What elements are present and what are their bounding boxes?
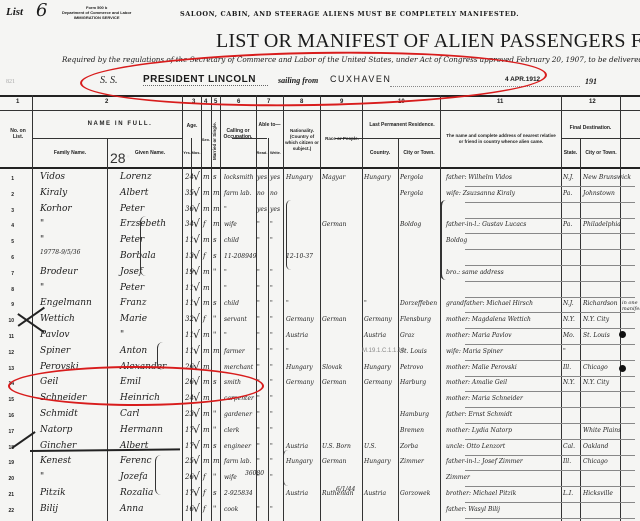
table-row: 9EngelmannFranz11mschild""""Dorzeffebeng…	[0, 296, 640, 313]
cell-nationality: Hungary	[286, 458, 313, 465]
cell-nationality: "	[286, 348, 289, 355]
cell-read: "	[257, 395, 260, 402]
cell-no: 17	[4, 429, 14, 435]
cell-write: "	[270, 411, 273, 418]
cell-race: German	[322, 316, 346, 323]
cell-write: no	[270, 190, 277, 197]
cell-state: Pa.	[563, 221, 572, 228]
cell-read: "	[257, 348, 260, 355]
check-mark-icon: √	[193, 170, 200, 183]
cell-dest-city: New Brunswick	[583, 174, 631, 181]
cell-no: 1	[4, 176, 14, 182]
check-mark-icon: √	[193, 407, 200, 420]
cell-family: Korhor	[40, 204, 72, 214]
cell-calling: child	[224, 237, 239, 244]
cell-ms: m	[213, 220, 220, 228]
cell-write: "	[270, 458, 273, 465]
table-row: 5"Peter11mschild""Boldog√	[0, 233, 640, 250]
cell-no: 12	[4, 350, 14, 356]
cell-city: Gorzowek	[400, 490, 430, 497]
cell-family: Spiner	[40, 346, 70, 356]
cell-nationality: Austria	[286, 490, 308, 497]
cell-read: "	[257, 411, 260, 418]
cell-calling: gardener	[224, 411, 252, 418]
ship-name: PRESIDENT LINCOLN	[143, 74, 268, 86]
required-text: Required by the regulations of the Secre…	[62, 55, 640, 64]
table-row: 18GincherAlbert17msengineer""AustriaU.S.…	[0, 439, 640, 456]
check-mark-icon: √	[193, 344, 200, 357]
check-mark-icon: √	[193, 470, 200, 483]
margin-note: 6/1/44	[336, 486, 355, 493]
cell-no: 16	[4, 413, 14, 419]
cell-calling: farm lab.	[224, 190, 252, 197]
cell-family: Bilij	[40, 504, 58, 514]
table-row: 19KenestFerenc25mmfarm lab.""HungaryGerm…	[0, 454, 640, 471]
cell-ms: "	[213, 410, 216, 418]
colnum-4: 4	[204, 99, 207, 105]
cell-read: yes	[257, 206, 267, 213]
colnum-12: 12	[589, 99, 596, 105]
side-note: in one manifest	[622, 300, 640, 312]
page-title: LIST OR MANIFEST OF ALIEN PASSENGERS FOR…	[216, 30, 640, 53]
header-city-town: City or Town.	[399, 150, 439, 156]
colnum-2: 2	[105, 99, 108, 105]
cell-family: Geil	[40, 377, 58, 387]
table-row: 17NatorpHermann17m"clerk""Bremenmother: …	[0, 423, 640, 440]
cell-family: Perovski	[40, 362, 79, 372]
cell-relative: father: Ernst Schmidt	[446, 411, 512, 418]
cell-ms: s	[213, 489, 217, 497]
cell-sex: m	[203, 331, 210, 339]
cell-family: Vidos	[40, 172, 65, 182]
cell-family: Engelmann	[40, 298, 92, 308]
cell-calling: 2-925834	[224, 490, 253, 497]
cell-race: German	[322, 379, 346, 386]
header-read: Read.	[256, 150, 268, 156]
check-mark-icon: √	[193, 328, 200, 341]
check-mark-icon: √	[193, 202, 200, 215]
check-mark-icon: √	[193, 486, 200, 499]
margin-note: 36080	[245, 470, 264, 477]
cell-dest-city: St. Louis	[583, 332, 610, 339]
cell-given: Anna	[120, 504, 143, 514]
cell-sex: m	[203, 457, 210, 465]
cell-city: Boldog	[400, 221, 421, 228]
cell-no: 9	[4, 302, 14, 308]
table-row: 1VidosLorenz24mslocksmithyesyesHungaryMa…	[0, 170, 640, 187]
cell-ms: "	[213, 331, 216, 339]
cell-calling: wife	[224, 221, 237, 228]
check-mark-icon: √	[193, 454, 200, 467]
header-sex: Sex.	[201, 137, 211, 143]
cell-write: "	[270, 332, 273, 339]
cell-ms: s	[213, 299, 217, 307]
cell-no: 10	[4, 318, 14, 324]
cell-relative: grandfather: Michael Hirsch	[446, 300, 533, 307]
cell-state: Cal.	[563, 443, 575, 450]
check-mark-icon: √	[193, 502, 200, 515]
cell-state: N.Y.	[563, 379, 575, 386]
cell-relative: mother: Lydia Natorp	[446, 427, 512, 434]
cell-nationality: Hungary	[286, 174, 313, 181]
cell-country: Austria	[364, 332, 386, 339]
table-row: 20"Jozefa26f"wife""Zimmer√36080	[0, 470, 640, 487]
cell-no: 3	[4, 208, 14, 214]
cell-read: "	[257, 285, 260, 292]
table-row: 2KiralyAlbert35mmfarm lab.nonoPergolawif…	[0, 186, 640, 203]
cell-family: "	[40, 283, 44, 293]
cell-read: "	[257, 316, 260, 323]
cell-read: "	[257, 221, 260, 228]
header-state: State.	[561, 150, 580, 156]
colnum-10: 10	[398, 99, 405, 105]
cell-city: Zorba	[400, 443, 418, 450]
colnum-9: 9	[340, 99, 343, 105]
cell-sex: m	[203, 363, 210, 371]
cell-dest-city: Hicksville	[583, 490, 613, 497]
cell-write: "	[270, 237, 273, 244]
cell-no: 14	[4, 381, 14, 387]
cell-city: Dorzeffeben	[400, 300, 437, 307]
cell-sex: m	[203, 426, 210, 434]
family-brace	[283, 450, 288, 486]
margin-dot	[619, 331, 626, 338]
cell-sex: m	[203, 189, 210, 197]
cell-relative: father: Wasyl Bilij	[446, 506, 500, 513]
cell-no: 5	[4, 239, 14, 245]
cell-city: Pergola	[400, 174, 423, 181]
table-row: 4"Erzsebeth34fmwife""GermanBoldogfather-…	[0, 217, 640, 234]
cell-write: "	[270, 364, 273, 371]
cell-family: Natorp	[40, 425, 72, 435]
cell-state: Ill.	[563, 458, 571, 465]
cell-sex: f	[203, 505, 206, 513]
cell-read: "	[257, 364, 260, 371]
cell-write: "	[270, 285, 273, 292]
cell-read: "	[257, 506, 260, 513]
cell-city: Flensburg	[400, 316, 431, 323]
cell-calling: wife	[224, 474, 237, 481]
cell-calling: child	[224, 300, 239, 307]
cell-dest-city: Chicago	[583, 458, 608, 465]
cell-family: "	[40, 472, 44, 482]
header-family-name: Family Name.	[45, 150, 95, 156]
header-given-name: Given Name.	[125, 150, 175, 156]
cell-write: "	[270, 348, 273, 355]
check-mark-icon: √	[193, 186, 200, 199]
cell-relative: mother: Maria Pavlov	[446, 332, 512, 339]
cell-given: "	[120, 330, 124, 340]
cell-ms: s	[213, 378, 217, 386]
cell-city: Pergola	[400, 190, 423, 197]
check-mark-icon: √	[193, 360, 200, 373]
header-mos: Mos.	[191, 150, 201, 156]
cell-given: Heinrich	[120, 393, 160, 403]
cell-given: Anton	[120, 346, 147, 356]
cell-relative: mother: Maria Schneider	[446, 395, 523, 402]
cell-country: Austria	[364, 490, 386, 497]
cell-sex: f	[203, 315, 206, 323]
list-label: List	[6, 6, 23, 18]
ink-stamp: M.19.1.C.1.1.18	[362, 348, 405, 354]
cell-ms: "	[213, 268, 216, 276]
cell-country: "	[364, 300, 367, 307]
family-brace	[140, 216, 147, 276]
cell-ms: "	[213, 315, 216, 323]
manifest-banner: SALOON, CABIN, AND STEERAGE ALIENS MUST …	[180, 10, 519, 18]
cell-race: U.S. Born	[322, 443, 351, 450]
cell-no: 13	[4, 366, 14, 372]
check-mark-icon: √	[193, 312, 200, 325]
cell-sex: f	[203, 220, 206, 228]
cell-sex: f	[203, 489, 206, 497]
cell-nationality: Austria	[286, 332, 308, 339]
cell-write: "	[270, 395, 273, 402]
table-row: 14GeilEmil26mssmith""GermanyGermanGerman…	[0, 375, 640, 392]
cell-read: "	[257, 237, 260, 244]
check-mark-icon: √	[193, 249, 200, 262]
table-row: 21PitzikRozalia17fs2-925834AustriaRuthen…	[0, 486, 640, 503]
cell-no: 2	[4, 192, 14, 198]
cell-write: "	[270, 221, 273, 228]
cell-sex: m	[203, 410, 210, 418]
cell-read: yes	[257, 174, 267, 181]
cell-read: "	[257, 379, 260, 386]
cell-calling: smith	[224, 379, 241, 386]
departure-port: CUXHAVEN	[330, 74, 391, 84]
cell-calling: clerk	[224, 427, 239, 434]
table-row: 3KorhorPeter36mm"yesyes√	[0, 202, 640, 219]
header-race: Race or People.	[322, 136, 362, 142]
cell-ms: m	[213, 457, 220, 465]
cell-state: Pa.	[563, 190, 572, 197]
cell-race: German	[322, 458, 346, 465]
header-able-to: Able to—	[256, 122, 283, 128]
colnum-3: 3	[192, 99, 195, 105]
header-age: Age.	[183, 123, 201, 129]
cell-relative: father-in-l.: Josef Zimmer	[446, 458, 523, 465]
cell-nationality: Germany	[286, 379, 314, 386]
cell-no: 20	[4, 476, 14, 482]
table-row: 22BilijAnna16f"cook""father: Wasyl Bilij…	[0, 502, 640, 519]
cell-race: Slovak	[322, 364, 342, 371]
cell-state: L.I.	[563, 490, 573, 497]
header-last-residence: Last Permanent Residence.	[366, 122, 438, 128]
check-mark-icon: √	[193, 375, 200, 388]
cell-race: Magyar	[322, 174, 345, 181]
header-nationality: Nationality. (Country of which citizen o…	[284, 128, 320, 152]
cell-relative: uncle: Otto Lenzort	[446, 443, 505, 450]
colnum-7: 7	[267, 99, 270, 105]
cell-calling: "	[224, 269, 227, 276]
cell-write: "	[270, 269, 273, 276]
cell-write: "	[270, 443, 273, 450]
pencil-note-28: 28	[110, 150, 126, 166]
cell-dest-city: White Plains	[583, 427, 621, 434]
cell-calling: merchant	[224, 364, 253, 371]
cell-calling: "	[224, 332, 227, 339]
colnum-6: 6	[237, 99, 240, 105]
cell-family: Kiraly	[40, 188, 67, 198]
cell-given: Josef	[120, 267, 142, 277]
cell-sex: m	[203, 236, 210, 244]
cell-no: 4	[4, 223, 14, 229]
cell-given: Rozalia	[120, 488, 153, 498]
cell-dest-city: Chicago	[583, 364, 608, 371]
table-row: 13PerovskiAlexander26mmerchant""HungaryS…	[0, 360, 640, 377]
cell-sex: m	[203, 173, 210, 181]
cell-write: "	[270, 300, 273, 307]
cell-ms: s	[213, 236, 217, 244]
cell-write: "	[270, 427, 273, 434]
cell-calling: engineer	[224, 443, 251, 450]
cell-dest-city: Johnstown	[583, 190, 615, 197]
cell-country: Hungary	[364, 364, 391, 371]
cell-sex: f	[203, 473, 206, 481]
header-name-in-full: NAME IN FULL.	[60, 121, 180, 127]
cell-given: Hermann	[120, 425, 163, 435]
date-stamp: 4 APR.1912	[505, 76, 540, 83]
cell-calling: carpenter	[224, 395, 254, 402]
family-brace	[286, 200, 291, 270]
check-mark-icon: √	[193, 391, 200, 404]
cell-sex: m	[203, 394, 210, 402]
cell-write: yes	[270, 174, 280, 181]
header-married-single: Married or Single.	[212, 118, 220, 164]
colnum-11: 11	[497, 99, 503, 105]
cell-country: Hungary	[364, 174, 391, 181]
dest-sub-rule	[561, 138, 640, 139]
cell-family: Wettich	[40, 314, 75, 324]
cell-country: Germany	[364, 379, 392, 386]
table-row: 15SchneiderHeinrich24mcarpenter""mother:…	[0, 391, 640, 408]
cell-given: Carl	[120, 409, 139, 419]
cell-read: no	[257, 190, 264, 197]
cell-city: Bremen	[400, 427, 424, 434]
cell-read: "	[257, 443, 260, 450]
cell-given: Peter	[120, 204, 144, 214]
cell-relative: Zimmer	[446, 474, 470, 481]
cell-given: Emil	[120, 377, 141, 387]
cell-given: Peter	[120, 283, 144, 293]
cell-country: Hungary	[364, 458, 391, 465]
cell-race: German	[322, 221, 346, 228]
cell-no: 21	[4, 492, 14, 498]
check-mark-icon: √	[193, 439, 200, 452]
cell-read: "	[257, 300, 260, 307]
cell-calling: 11-208949	[224, 253, 257, 260]
cell-read: "	[257, 458, 260, 465]
cell-dest-city: Philadelphia	[583, 221, 621, 228]
cell-nationality: Hungary	[286, 364, 313, 371]
check-mark-icon: √	[193, 217, 200, 230]
margin-note: 19778-9/5/36	[40, 249, 80, 256]
cell-sex: m	[203, 442, 210, 450]
cell-relative: father-in-l.: Gustav Lucacs	[446, 221, 526, 228]
header-calling: Calling or Occupation.	[222, 128, 254, 140]
cell-write: "	[270, 474, 273, 481]
cell-relative: wife: Maria Spiner	[446, 348, 503, 355]
check-mark-icon: √	[193, 423, 200, 436]
cell-write: "	[270, 379, 273, 386]
ss-label: S. S.	[100, 75, 118, 86]
cell-nationality: "	[286, 300, 289, 307]
cell-given: Marie	[120, 314, 147, 324]
table-row: 7BrodeurJosef19m""""bro.: same address√	[0, 265, 640, 282]
cell-state: Mo.	[563, 332, 575, 339]
cell-dest-city: N.Y. City	[583, 316, 609, 323]
cell-sex: m	[203, 299, 210, 307]
cell-relative: bro.: same address	[446, 269, 504, 276]
cell-state: "	[563, 348, 566, 355]
cell-no: 22	[4, 508, 14, 514]
table-row: 12SpinerAnton11mmfarmer"""St. Louiswife:…	[0, 344, 640, 361]
cell-no: 11	[4, 334, 14, 340]
cell-ms: m	[213, 205, 220, 213]
cell-relative: mother: Malie Perovski	[446, 364, 517, 371]
cell-city: Hamburg	[400, 411, 429, 418]
cell-nationality: Austria	[286, 443, 308, 450]
cell-given: Franz	[120, 298, 146, 308]
check-mark-icon: √	[193, 265, 200, 278]
cell-ms: m	[213, 189, 220, 197]
cell-sex: m	[203, 347, 210, 355]
cell-ms: s	[213, 442, 217, 450]
cell-state: N.Y.	[563, 316, 575, 323]
cell-ms: "	[213, 473, 216, 481]
header-write: Write.	[268, 150, 283, 156]
cell-read: "	[257, 332, 260, 339]
cell-given: Jozefa	[120, 472, 148, 482]
cell-calling: farm lab.	[224, 458, 252, 465]
table-row: 8"Peter11m"""√	[0, 281, 640, 298]
cell-relative: Boldog	[446, 237, 467, 244]
header-final-destination: Final Destination.	[563, 125, 618, 131]
cell-write: "	[270, 506, 273, 513]
cell-calling: cook	[224, 506, 238, 513]
cell-country: Germany	[364, 316, 392, 323]
colnum-5: 5	[214, 99, 217, 105]
cell-sex: m	[203, 205, 210, 213]
cell-calling: "	[224, 285, 227, 292]
cell-sex: m	[203, 284, 210, 292]
check-mark-icon: √	[193, 233, 200, 246]
cell-dest-city: Oakland	[583, 443, 608, 450]
cell-relative: brother: Michael Pitzik	[446, 490, 516, 497]
cell-read: "	[257, 427, 260, 434]
cell-no: 15	[4, 397, 14, 403]
form-service-text: IMMIGRATION SERVICE	[62, 15, 131, 20]
header-list-no: No. on List.	[8, 128, 28, 140]
header-relative: The name and complete address of nearest…	[446, 133, 556, 145]
cell-dest-city: Richardson	[583, 300, 618, 307]
cell-city: Graz	[400, 332, 414, 339]
cell-write: yes	[270, 206, 280, 213]
cell-calling: locksmith	[224, 174, 254, 181]
cell-given: Borbala	[120, 251, 156, 261]
check-mark-icon: √	[193, 296, 200, 309]
cell-family: "	[40, 235, 44, 245]
table-row: 6Borbala13fs11-20894912-10-37√19778-9/5/…	[0, 249, 640, 266]
cell-family: "	[40, 219, 44, 229]
cell-relative: father: Wilhelm Vidos	[446, 174, 512, 181]
colnum-8: 8	[300, 99, 303, 105]
table-row: 11Pavlov"11m""""AustriaAustriaGrazmother…	[0, 328, 640, 345]
check-mark-icon: √	[193, 281, 200, 294]
cell-no: 19	[4, 460, 14, 466]
cell-given: Albert	[120, 188, 148, 198]
manifest-page: List 6 Form 500 b Department of Commerce…	[0, 0, 640, 521]
